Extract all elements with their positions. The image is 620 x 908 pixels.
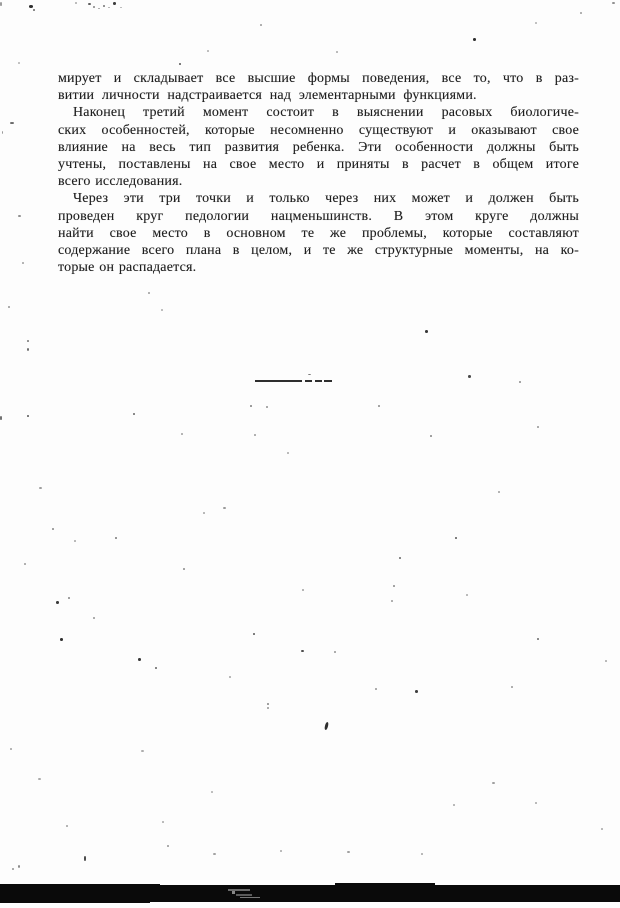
- divider-dash: [305, 380, 312, 382]
- noise-speck: [334, 651, 336, 653]
- noise-speck: [250, 405, 252, 407]
- noise-speck: [229, 676, 231, 678]
- noise-speck: [302, 589, 304, 591]
- noise-speck: [18, 865, 20, 868]
- text-line: мирует и складывает все высшие формы пов…: [58, 70, 579, 87]
- noise-speck: [98, 8, 100, 9]
- noise-speck: [39, 487, 42, 489]
- text-line: проведен круг педологии нацменьшинств. В…: [58, 208, 579, 225]
- noise-speck: [12, 868, 14, 870]
- noise-speck: [301, 650, 304, 652]
- text-line: ских особенностей, которые несомненно су…: [58, 122, 579, 139]
- noise-speck: [162, 821, 164, 823]
- noise-speck: [378, 405, 380, 407]
- noise-speck: [10, 748, 12, 750]
- noise-speck: [84, 856, 86, 861]
- noise-speck: [511, 686, 513, 688]
- noise-speck: [308, 374, 311, 375]
- noise-speck: [473, 38, 476, 41]
- text-line: влияние на весь тип развития ребенка. Эт…: [58, 139, 579, 156]
- noise-speck: [8, 306, 10, 308]
- noise-speck: [24, 563, 26, 565]
- body-text-block: мирует и складывает все высшие формы пов…: [58, 70, 579, 276]
- noise-speck: [33, 9, 35, 11]
- noise-speck: [492, 782, 495, 784]
- noise-speck: [415, 690, 418, 693]
- noise-speck: [38, 778, 41, 780]
- noise-speck: [22, 262, 24, 264]
- noise-speck: [267, 707, 269, 709]
- noise-speck: [393, 585, 395, 587]
- noise-speck: [18, 215, 21, 217]
- noise-speck: [27, 348, 29, 351]
- scan-bar-edge: [0, 901, 150, 903]
- noise-speck: [108, 7, 110, 8]
- bar-scratch: [240, 897, 260, 898]
- noise-speck: [141, 750, 144, 752]
- noise-speck: [60, 638, 63, 641]
- divider-dash: [315, 380, 322, 382]
- noise-speck: [29, 5, 33, 8]
- noise-speck: [375, 688, 377, 690]
- noise-speck: [88, 3, 91, 5]
- noise-speck: [425, 330, 428, 333]
- noise-speck: [430, 435, 432, 437]
- noise-speck: [455, 537, 457, 539]
- noise-speck: [580, 12, 582, 14]
- text-line: Наконец третий момент состоит в выяснени…: [58, 104, 579, 121]
- noise-speck: [179, 63, 181, 65]
- noise-speck: [421, 853, 423, 855]
- text-line: Через эти три точки и только через них м…: [58, 190, 579, 207]
- noise-speck: [181, 433, 183, 435]
- noise-speck: [266, 406, 268, 408]
- noise-speck: [0, 416, 2, 420]
- noise-speck: [253, 633, 255, 635]
- noise-speck: [161, 309, 163, 311]
- noise-speck: [535, 22, 537, 24]
- noise-speck: [183, 568, 185, 570]
- noise-speck: [466, 594, 468, 596]
- noise-speck: [155, 667, 157, 669]
- divider-dash: [255, 380, 302, 382]
- text-line: витии личности надстраивается над элемен…: [58, 87, 579, 104]
- noise-speck: [0, 2, 2, 6]
- text-line: содержание всего плана в целом, и те же …: [58, 242, 579, 259]
- noise-speck: [280, 850, 282, 852]
- noise-speck: [2, 131, 3, 134]
- noise-speck: [203, 512, 205, 514]
- noise-speck: [391, 600, 393, 602]
- bar-scratch: [232, 891, 235, 894]
- noise-speck: [56, 601, 59, 604]
- noise-speck: [468, 375, 471, 378]
- text-line: всего исследования.: [58, 173, 579, 190]
- scan-bar-edge: [470, 886, 620, 888]
- scan-bar-edge: [335, 883, 435, 887]
- scan-bar-edge: [0, 884, 160, 887]
- noise-speck: [498, 491, 500, 493]
- noise-speck: [211, 791, 213, 793]
- noise-speck: [399, 557, 401, 559]
- noise-speck: [267, 703, 269, 705]
- noise-speck: [113, 2, 116, 5]
- noise-speck: [52, 528, 54, 530]
- noise-speck: [68, 597, 70, 599]
- noise-speck: [453, 804, 455, 806]
- noise-speck: [537, 426, 539, 428]
- noise-speck: [535, 802, 537, 804]
- text-line: учтены, поставлены на свое место и приня…: [58, 156, 579, 173]
- noise-speck: [10, 122, 14, 124]
- noise-speck: [213, 853, 216, 855]
- noise-speck: [93, 6, 95, 8]
- noise-speck: [601, 828, 603, 830]
- noise-speck: [537, 638, 539, 640]
- noise-speck: [66, 825, 68, 827]
- noise-speck: [18, 62, 20, 64]
- text-line: найти свое место в основном те же пробле…: [58, 225, 579, 242]
- noise-speck: [103, 5, 105, 7]
- noise-speck: [120, 7, 122, 8]
- text-line: торые он распадается.: [58, 259, 579, 276]
- bar-scratch: [236, 894, 252, 896]
- noise-speck: [93, 617, 95, 619]
- noise-speck: [75, 2, 77, 4]
- noise-speck: [336, 51, 338, 53]
- noise-speck: [167, 845, 169, 847]
- scanned-page: мирует и складывает все высшие формы пов…: [0, 0, 620, 908]
- noise-speck: [27, 415, 29, 417]
- noise-speck: [254, 434, 256, 436]
- noise-speck: [605, 660, 607, 662]
- noise-speck: [287, 452, 289, 454]
- noise-speck: [138, 658, 141, 661]
- noise-speck: [324, 722, 329, 730]
- noise-speck: [612, 2, 615, 4]
- noise-speck: [207, 50, 209, 52]
- noise-speck: [519, 381, 521, 383]
- noise-speck: [115, 537, 117, 539]
- noise-speck: [260, 24, 262, 26]
- noise-speck: [27, 340, 29, 342]
- divider-dash: [324, 380, 332, 382]
- noise-speck: [74, 540, 76, 542]
- noise-speck: [347, 851, 350, 853]
- noise-speck: [223, 507, 226, 509]
- noise-speck: [148, 292, 150, 294]
- noise-speck: [133, 413, 135, 415]
